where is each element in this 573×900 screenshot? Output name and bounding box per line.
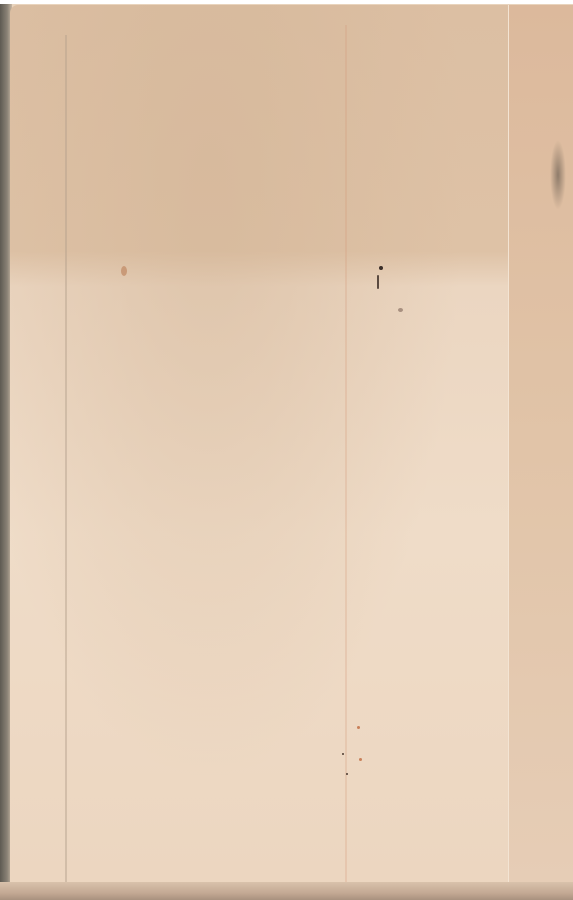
fold-crease (345, 25, 347, 885)
bottom-edge (0, 882, 573, 900)
speckle-mark (342, 753, 344, 755)
spot-mark (398, 308, 403, 312)
stain-mark (121, 266, 127, 276)
smudge-mark (550, 140, 566, 210)
spine-crease (65, 35, 67, 885)
ink-drip-mark (379, 266, 383, 270)
speckle-mark (359, 758, 362, 761)
speckle-mark (346, 773, 348, 775)
ink-drip-mark (377, 275, 379, 289)
speckle-mark (357, 726, 360, 729)
right-flap (508, 5, 573, 885)
front-cover-panel (10, 5, 508, 885)
